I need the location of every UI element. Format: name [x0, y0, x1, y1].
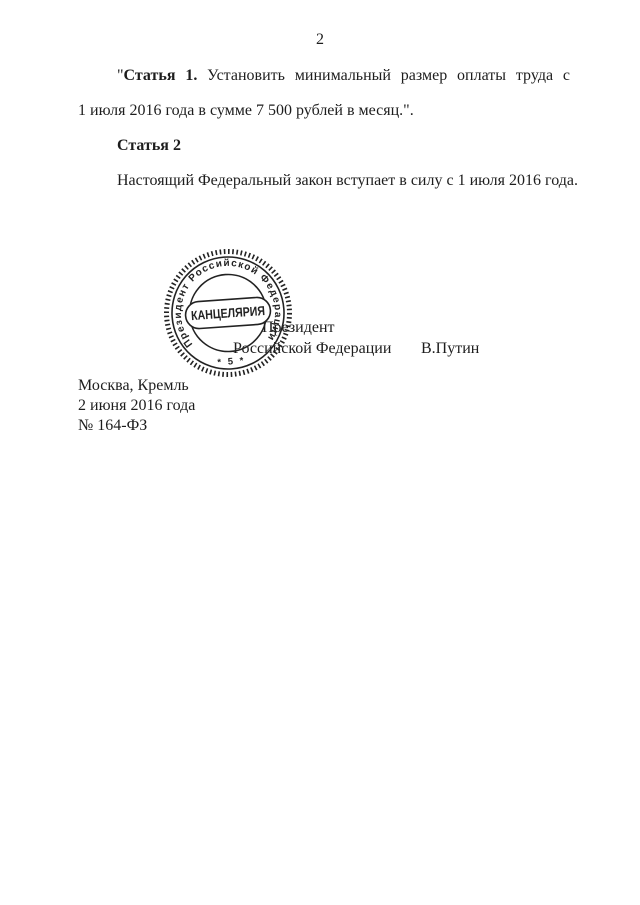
footer-block: Москва, Кремль 2 июня 2016 года № 164-ФЗ	[78, 376, 195, 436]
article-1-line-2: 1 июля 2016 года в сумме 7 500 рублей в …	[78, 102, 414, 120]
article-2-text: Настоящий Федеральный закон вступает в с…	[117, 172, 578, 190]
article-1-label: Статья 1.	[124, 67, 198, 84]
official-stamp: Президент Российской Федерации КАНЦЕЛЯРИ…	[156, 241, 300, 385]
article-1-text: Установить минимальный размер оплаты тру…	[207, 67, 570, 84]
footer-number: № 164-ФЗ	[78, 416, 195, 436]
stamp-number-text: * 5 *	[217, 355, 246, 368]
article-1-line-1: "Статья 1. Установить минимальный размер…	[78, 67, 570, 85]
article-2-heading: Статья 2	[117, 137, 181, 155]
footer-date: 2 июня 2016 года	[78, 396, 195, 416]
signature-name: В.Путин	[421, 340, 479, 358]
page-number: 2	[0, 31, 640, 49]
